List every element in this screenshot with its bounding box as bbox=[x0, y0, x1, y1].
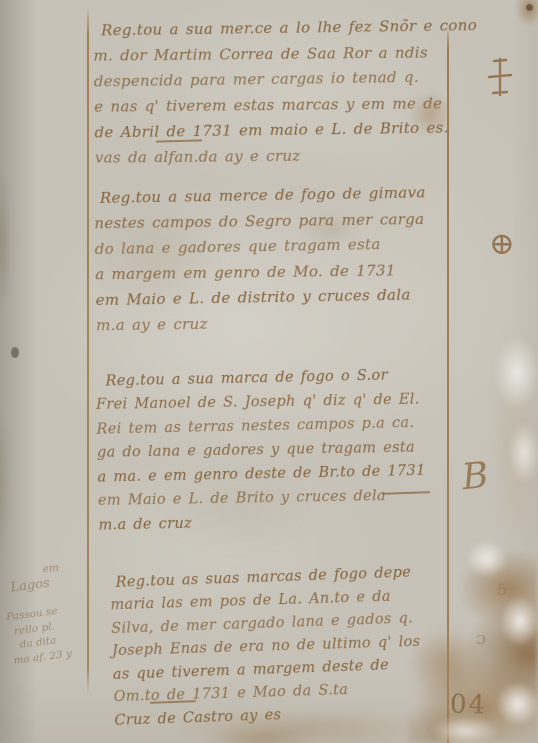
page-number: 04 bbox=[449, 689, 487, 720]
registry-entry: Reg.tou a sua marca de fogo o S.or Frei … bbox=[95, 362, 448, 537]
cross-icon bbox=[485, 55, 515, 99]
paper-chip bbox=[508, 422, 538, 484]
paper-stain bbox=[458, 326, 538, 570]
stain-mark: ɔ bbox=[476, 628, 486, 649]
handwritten-line: despencida para mer cargas io tenad q. bbox=[94, 65, 448, 95]
paper-chip bbox=[500, 596, 538, 646]
paper-stain bbox=[498, 0, 538, 34]
registry-entry: Reg.tou as suas marcas de fogo depe mari… bbox=[109, 560, 459, 733]
registry-entry: Reg.tou a sua mer.ce a lo lhe fez Snõr e… bbox=[93, 14, 449, 172]
handwritten-line: vas da alfan.da ay e cruz bbox=[95, 142, 449, 171]
paper-stain bbox=[526, 4, 533, 11]
paper-chip bbox=[494, 336, 538, 410]
handwritten-line: de Abril de 1731 em maio e L. de Brito e… bbox=[94, 116, 448, 146]
paper-stain bbox=[11, 347, 19, 358]
handwritten-line: Reg.tou a sua mer.ce a lo lhe fez Snõr e… bbox=[93, 14, 447, 44]
registry-entry: Reg.tou a sua merce de fogo de gimava ne… bbox=[94, 180, 451, 339]
paper-stain bbox=[0, 398, 26, 563]
paper-stain bbox=[0, 168, 26, 313]
paper-chip bbox=[466, 540, 508, 578]
manuscript-page: Reg.tou a sua mer.ce a lo lhe fez Snõr e… bbox=[0, 0, 538, 743]
margin-note: em Lagos Passou se rello pl. da dita ma … bbox=[0, 557, 102, 668]
handwritten-line: m.a ay e cruz bbox=[96, 308, 450, 338]
b-flourish-mark: B bbox=[460, 455, 491, 499]
circled-cross-icon: ⊕ bbox=[489, 226, 515, 262]
stain-mark: 5 bbox=[497, 580, 507, 599]
paper-chip bbox=[496, 682, 538, 726]
